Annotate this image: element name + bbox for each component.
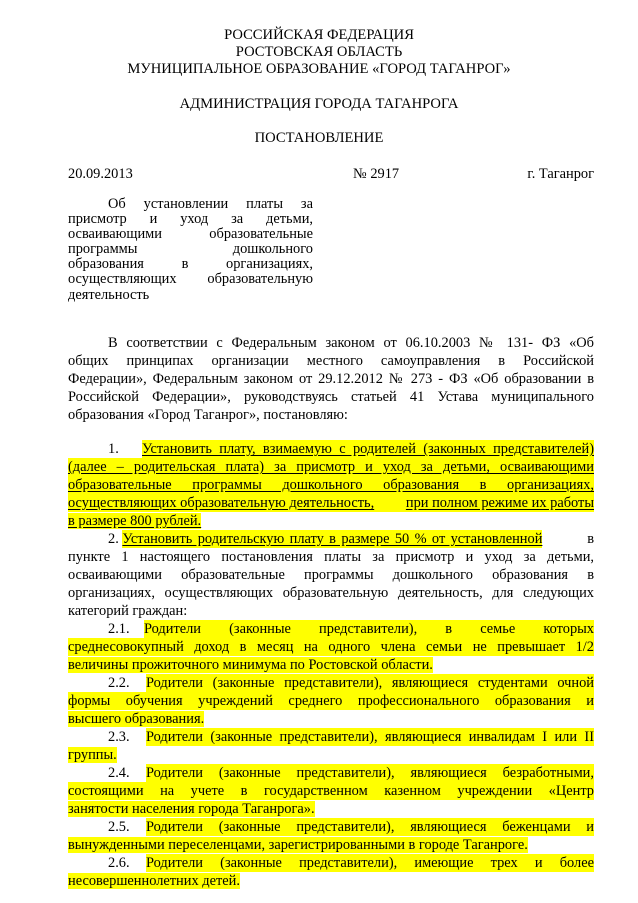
- title-line: осуществляющих образовательную: [68, 272, 313, 287]
- title-line: деятельность: [68, 288, 313, 303]
- subitem-line: несовершеннолетних детей.: [68, 873, 240, 889]
- subitem-line: занятости населения города Таганрога».: [68, 801, 315, 817]
- subitem-line: Родители (законные представители), являю…: [146, 818, 594, 836]
- item-1-line: образовательные программы дошкольного об…: [68, 476, 594, 494]
- item-1-line: осуществляющих образовательную деятельно…: [68, 495, 374, 511]
- item-1-line: (далее – родительская плата) за присмотр…: [68, 458, 594, 476]
- subitem-line: состоящими на учете в государственном ка…: [68, 782, 594, 800]
- subitem-line: Родители (законные представители), имеющ…: [146, 854, 594, 872]
- preamble-line: Федерации», Федеральным законом от 29.12…: [68, 370, 594, 388]
- document-number: № 2917: [353, 166, 399, 183]
- subitem-line: Родители (законные представители), являю…: [146, 674, 594, 692]
- item-2-line: пункте 1 настоящего постановления платы …: [68, 548, 594, 566]
- item-2-highlight: Установить родительскую плату в размере …: [122, 530, 542, 548]
- subitem-line: высшего образования.: [68, 711, 204, 727]
- subitem-number: 2.1.: [108, 621, 130, 637]
- document-place: г. Таганрог: [527, 166, 594, 183]
- header-authority: АДМИНИСТРАЦИЯ ГОРОДА ТАГАНРОГА: [0, 96, 638, 113]
- subitem-line: Родители (законные представители), являю…: [146, 728, 594, 746]
- item-1-line: Установить плату, взимаемую с родителей …: [142, 440, 594, 458]
- subitem-line: среднесовокупный доход в месяц на одного…: [68, 638, 594, 656]
- subitem-line: Родители (законные представители), в сем…: [144, 620, 594, 638]
- subitem-line: вынужденными переселенцами, зарегистриро…: [68, 837, 528, 853]
- item-2-number: 2.: [108, 531, 119, 547]
- document-date: 20.09.2013: [68, 166, 133, 183]
- subitem-number: 2.5.: [108, 819, 130, 835]
- subitem-line: формы обучения учреждений среднего профе…: [68, 692, 594, 710]
- item-2-line: категорий граждан:: [68, 602, 594, 620]
- subitem-line: группы.: [68, 747, 117, 763]
- title-line: осваивающими образовательные: [68, 227, 313, 242]
- header-region: РОСТОВСКАЯ ОБЛАСТЬ: [0, 44, 638, 61]
- header-country: РОССИЙСКАЯ ФЕДЕРАЦИЯ: [0, 27, 638, 44]
- subitem-number: 2.6.: [108, 855, 130, 871]
- item-2-line: организациях, осуществляющих образовател…: [68, 584, 594, 602]
- header-municipality: МУНИЦИПАЛЬНОЕ ОБРАЗОВАНИЕ «ГОРОД ТАГАНРО…: [0, 61, 638, 78]
- item-2-line: осваивающими образовательные программы д…: [68, 566, 594, 584]
- title-line: образования в организациях,: [68, 257, 313, 272]
- preamble-line: образования «Город Таганрог», постановля…: [68, 406, 594, 424]
- document-type: ПОСТАНОВЛЕНИЕ: [0, 130, 638, 147]
- item-1-line: в размере 800 рублей.: [68, 513, 201, 529]
- title-line: присмотр и уход за детьми,: [68, 212, 313, 227]
- document-header: РОССИЙСКАЯ ФЕДЕРАЦИЯ РОСТОВСКАЯ ОБЛАСТЬ …: [0, 27, 638, 78]
- item-2-tail: в: [587, 530, 594, 548]
- preamble-line: В соответствии с Федеральным законом от …: [68, 334, 594, 352]
- title-line: Об установлении платы за: [68, 197, 313, 212]
- preamble-line: Российской Федерации», руководствуясь ст…: [68, 388, 594, 406]
- subitem-number: 2.4.: [108, 765, 130, 781]
- title-line: программы дошкольного: [68, 242, 313, 257]
- subitem-line: Родители (законные представители), являю…: [146, 764, 594, 782]
- subitem-line: величины прожиточного минимума по Ростов…: [68, 657, 433, 673]
- document-page: РОССИЙСКАЯ ФЕДЕРАЦИЯ РОСТОВСКАЯ ОБЛАСТЬ …: [0, 0, 638, 903]
- item-1-line: при полном режиме их работы: [406, 494, 594, 512]
- preamble-line: общих принципах организации местного сам…: [68, 352, 594, 370]
- subitem-number: 2.3.: [108, 729, 130, 745]
- subitem-number: 2.2.: [108, 675, 130, 691]
- item-1-number: 1.: [108, 441, 119, 457]
